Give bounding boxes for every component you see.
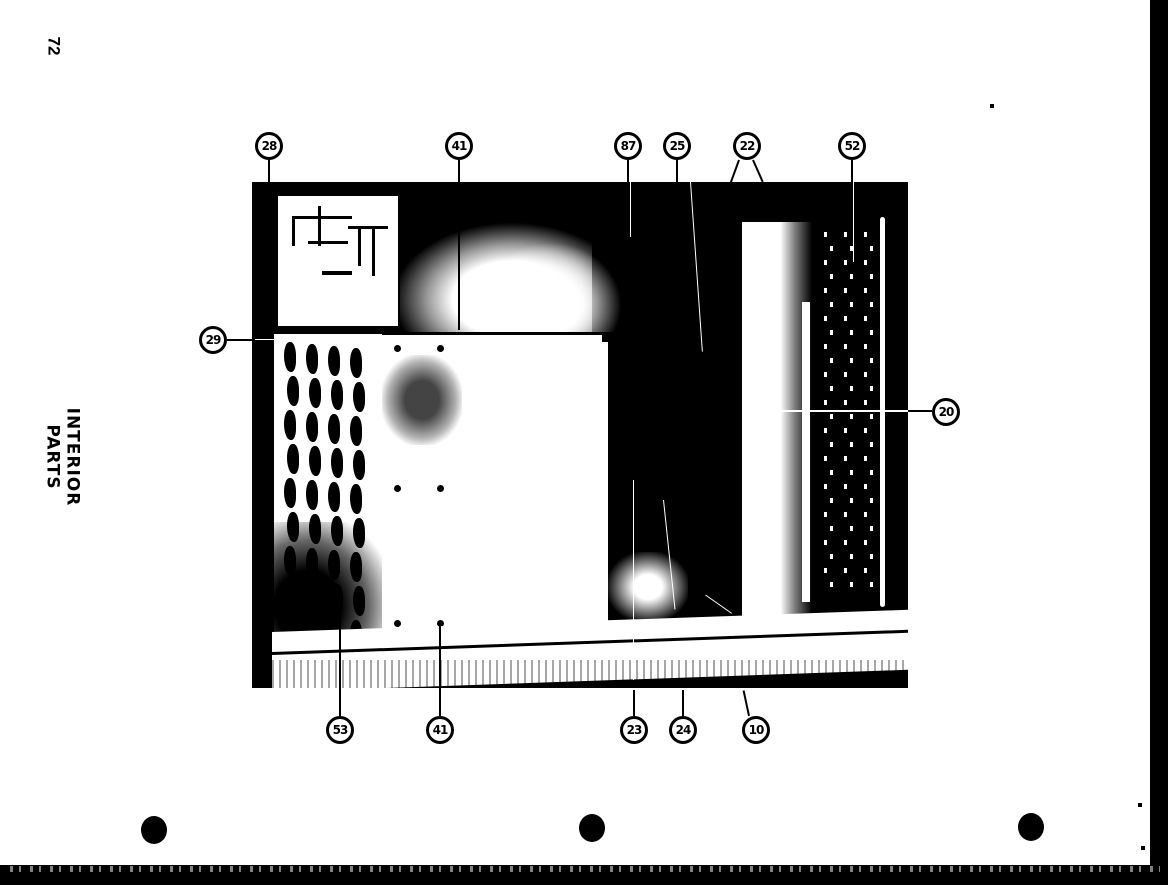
callout-53: 53 [326,716,354,744]
photo-highlight [502,242,622,332]
callout-87: 87 [614,132,642,160]
callout-28: 28 [255,132,283,160]
callout-25: 25 [663,132,691,160]
binder-hole [1018,813,1044,841]
coil [812,222,882,612]
callout-20: 20 [932,398,960,426]
callout-41-top: 41 [445,132,473,160]
access-panel [382,332,608,635]
callout-23: 23 [620,716,648,744]
callout-29: 29 [199,326,227,354]
callout-24: 24 [669,716,697,744]
section-heading: INTERIOR PARTS [43,390,83,525]
callout-10: 10 [742,716,770,744]
callout-41-bottom: 41 [426,716,454,744]
callout-52: 52 [838,132,866,160]
page-number: 72 [43,37,63,56]
catalog-page: 72 INTERIOR PARTS [0,0,1150,868]
callout-22: 22 [733,132,761,160]
binder-hole [579,814,605,842]
interior-parts-photo [252,182,908,688]
wiring-diagram-plate [276,194,400,328]
binder-hole [141,816,167,844]
